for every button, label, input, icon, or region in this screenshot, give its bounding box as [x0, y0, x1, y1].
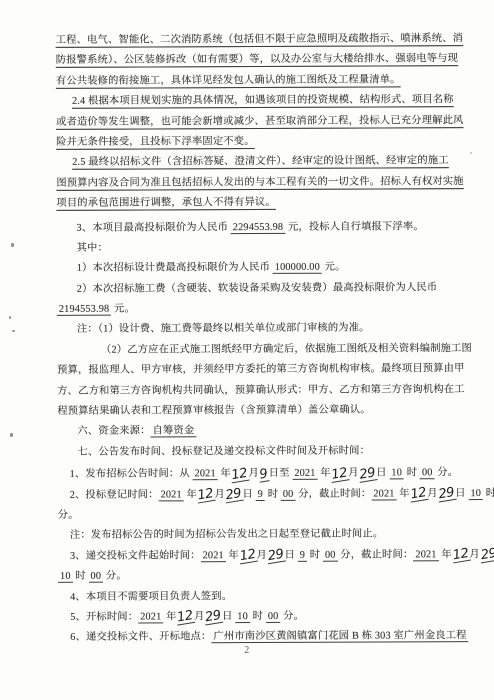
- text-segment: 注：（1）设计费、施工费等最终以相关单位或部门审核的为准。: [77, 323, 370, 335]
- document-line: 4、本项目不需要项目负责人签到。: [58, 586, 460, 608]
- text-segment: 4、本项目不需要项目负责人签到。: [70, 591, 232, 603]
- document-line: 七、公告发布时间、投标登记及递交投标文件时间及开标时间：: [57, 441, 459, 463]
- text-segment: 分。: [280, 611, 304, 622]
- text-segment: 时: [265, 488, 281, 499]
- document-line: 险并无条件接受，且投标下浮率固定不变。: [56, 131, 458, 153]
- text-segment: 图预算内容及合同为准且包括招标人发出的与本工程有关的一切文件。招标人有权对实施: [56, 176, 463, 189]
- text-segment: 1）本次招标设计费最高投标限价为人民币: [77, 262, 273, 274]
- text-segment: 日: [376, 468, 389, 479]
- document-line: 方、乙方和第三方咨询机构共同确认，预算确认形式：甲方、乙方和第三方咨询机构在工: [57, 380, 459, 402]
- text-segment: 注：发布招标公告的时间为招标公告发出之日起至登记截止时间止。: [70, 529, 383, 541]
- document-line: 5、开标时间：2021 年12月29日 10 时 00 分。: [58, 606, 460, 628]
- document-line: 预算，报监理人、甲方审核，并须经甲方委托的第三方咨询机构审核。最终项目预算由甲: [57, 359, 459, 381]
- handwritten-date-digit: 29: [266, 548, 286, 565]
- text-segment: 其中：: [77, 243, 108, 254]
- document-line: 分。: [58, 504, 460, 526]
- text-segment: 时: [483, 488, 494, 499]
- filled-blank-value: 2021: [413, 549, 438, 561]
- text-segment: 时: [73, 571, 89, 582]
- scan-artifact: [9, 316, 11, 319]
- text-segment: 程预算结果确认表和工程预算审核报告（含预算清单）盖公章确认。: [57, 405, 370, 417]
- text-segment: 年: [226, 550, 239, 561]
- document-line: 1）本次招标设计费最高投标限价为人民币 100000.00 元。: [57, 257, 459, 279]
- text-segment: 时: [307, 549, 323, 560]
- text-segment: 元，投标人自行填报下浮率。: [285, 221, 424, 233]
- text-segment: 或者造价等发生调整，也可能会新增或减少、甚至取消部分工程，投标人已充分理解此风: [56, 115, 463, 128]
- text-segment: 分。: [435, 467, 459, 478]
- page-number: 2: [0, 645, 494, 656]
- handwritten-date-digit: 12: [238, 548, 258, 565]
- text-segment: 元。: [322, 262, 346, 273]
- text-segment: 2、投标登记时间：: [70, 489, 159, 500]
- filled-blank-value: 100000.00: [273, 262, 322, 274]
- filled-blank-value: 00: [89, 571, 104, 583]
- text-segment: 日: [285, 550, 298, 561]
- text-segment: 方、乙方和第三方咨询机构共同确认，预算确认形式：甲方、乙方和第三方咨询机构在工: [57, 384, 464, 397]
- text-segment: 6、递交投标文件、开标地点：: [70, 632, 211, 644]
- text-segment: 时: [250, 611, 266, 622]
- text-segment: 5、开标时间：: [70, 611, 138, 622]
- document-line: 2.5 最终以招标文件（含招标答疑、澄清文件）、经审定的设计图纸、经审定的施工: [56, 151, 458, 173]
- text-segment: 日: [455, 488, 468, 499]
- text-segment: 防报警系统）、公区装修拆改（如有需要）等，以及办公室与大楼给排水、强弱电等与现: [56, 54, 458, 67]
- text-segment: 2.4 根据本项目规划实施的具体情况，如遇该项目的投资规模、结构形式、项目名称: [72, 94, 454, 107]
- filled-blank-value: 9: [256, 489, 265, 501]
- scanned-document-page: 工程、电气、智能化、二次消防系统（包括但不限于应急照明及疏散指示、喷淋系统、消防…: [0, 0, 494, 700]
- document-line: 或者造价等发生调整，也可能会新增或减少、甚至取消部分工程，投标人已充分理解此风: [56, 111, 458, 133]
- scan-artifact: [470, 152, 472, 154]
- text-segment: 元。: [111, 304, 135, 315]
- filled-blank-value: 2021: [138, 611, 163, 623]
- text-segment: 分，截止时间：: [295, 488, 371, 499]
- filled-blank-value: 2021: [371, 488, 396, 500]
- handwritten-date-digit: 29: [479, 547, 494, 564]
- text-segment: 年: [397, 488, 410, 499]
- text-segment: 工程、电气、智能化、二次消防系统（包括但不限于应急照明及疏散指示、喷淋系统、消: [56, 33, 463, 46]
- filled-blank-value: 10: [389, 468, 404, 480]
- text-segment: 分。: [58, 510, 79, 521]
- text-segment: 险并无条件接受，且投标下浮率固定不变。: [56, 136, 255, 148]
- filled-blank-value: 9: [298, 550, 307, 562]
- handwritten-date-digit: 29: [204, 609, 224, 626]
- document-line: 防报警系统）、公区装修拆改（如有需要）等，以及办公室与大楼给排水、强弱电等与现: [56, 50, 458, 72]
- document-line: 其中：: [57, 237, 459, 259]
- handwritten-date-digit: 12: [451, 547, 471, 564]
- text-segment: 时: [404, 467, 420, 478]
- text-segment: 日: [222, 611, 235, 622]
- filled-blank-value: 2021: [159, 489, 184, 501]
- document-line: 2）本次招标施工费（含硬装、软装设备采购及安装费）最高投标限价为人民币: [57, 278, 459, 300]
- filled-blank-value: 2021: [201, 550, 226, 562]
- text-segment: 有公共装修的衔接施工，具体详见经发包人确认的施工图纸及工程量清单。: [56, 74, 401, 87]
- handwritten-date-digit: 29: [358, 466, 378, 483]
- document-line: 2、投标登记时间：2021 年12月29日 9 时 00 分，截止时间：2021…: [58, 484, 460, 506]
- text-segment: 2）本次招标施工费（含硬装、软装设备采购及安装费）最高投标限价为人民币: [77, 282, 438, 295]
- document-line: 3、本项目最高投标限价为人民币 2294553.98 元，投标人自行填报下浮率。: [56, 217, 458, 239]
- document-line: 有公共装修的衔接施工，具体详见经发包人确认的施工图纸及工程量清单。: [56, 70, 458, 92]
- document-line: 10 时 00 分。: [58, 565, 460, 587]
- filled-blank-value: 10: [235, 611, 250, 623]
- text-segment: 3、递交投标文件起始时间：: [70, 550, 201, 562]
- filled-blank-value: 10: [468, 488, 483, 500]
- document-line: （2）乙方应在正式施工图纸经甲方确定后，依据施工图纸及相关资料编制施工图: [57, 339, 459, 361]
- document-line: 工程、电气、智能化、二次消防系统（包括但不限于应急照明及疏散指示、喷淋系统、消: [56, 29, 458, 51]
- handwritten-date-digit: 29: [437, 486, 457, 503]
- document-line: 3、递交投标文件起始时间：2021 年12月29日 9 时 00 分，截止时间：…: [58, 545, 460, 567]
- text-segment: 年: [439, 549, 452, 560]
- document-body: 工程、电气、智能化、二次消防系统（包括但不限于应急照明及疏散指示、喷淋系统、消防…: [56, 29, 461, 648]
- document-line: 注：（1）设计费、施工费等最终以相关单位或部门审核的为准。: [57, 319, 459, 341]
- filled-blank-value: 00: [281, 488, 296, 500]
- filled-blank-value: 00: [420, 467, 435, 479]
- document-line: 项目的承包范围进行调整，承包人不得有异议。: [56, 192, 458, 214]
- text-segment: 日: [242, 489, 255, 500]
- document-line: 程预算结果确认表和工程预算审核报告（含预算清单）盖公章确认。: [57, 400, 459, 422]
- scan-artifact: [10, 433, 13, 437]
- filled-blank-value: 2021: [292, 468, 317, 480]
- text-segment: 1、发布招标公告时间：从: [70, 468, 193, 480]
- scan-artifact: [11, 243, 14, 247]
- document-line: 六、资金来源：自筹资金: [57, 421, 459, 443]
- filled-blank-value: 00: [266, 611, 281, 623]
- filled-blank-value: 00: [323, 549, 338, 561]
- text-segment: 六、资金来源：: [77, 426, 150, 437]
- handwritten-date-digit: 12: [196, 487, 216, 504]
- handwritten-date-digit: 12: [409, 486, 429, 503]
- filled-blank-value: 10: [58, 571, 73, 583]
- text-segment: 七、公告发布时间、投标登记及递交投标文件时间及开标时间：: [77, 445, 370, 457]
- filled-blank-value: 2021: [193, 468, 218, 480]
- document-line: 图预算内容及合同为准且包括招标人发出的与本工程有关的一切文件。招标人有权对实施: [56, 172, 458, 194]
- text-segment: 预算，报监理人、甲方审核，并须经甲方委托的第三方咨询机构审核。最终项目预算由甲: [57, 363, 464, 376]
- handwritten-date-digit: 12: [330, 466, 350, 483]
- text-segment: 3、本项目最高投标限价为人民币: [76, 222, 230, 234]
- document-line: 2194553.98 元。: [57, 298, 459, 320]
- text-segment: 分，截止时间：: [338, 549, 414, 560]
- filled-blank-value: 2194553.98: [57, 304, 111, 316]
- text-segment: （2）乙方应在正式施工图纸经甲方确定后，依据施工图纸及相关资料编制施工图: [101, 343, 472, 356]
- document-line: 1、发布招标公告时间：从 2021 年12月9日至 2021 年12月29日 1…: [58, 463, 460, 485]
- filled-blank-value: 自筹资金: [151, 426, 197, 438]
- document-line: 2.4 根据本项目规划实施的具体情况，如遇该项目的投资规模、结构形式、项目名称: [56, 90, 458, 112]
- filled-blank-value: 广州市南沙区黄阁镇富门花园 B 栋 303 室广州金良工程: [211, 630, 468, 643]
- handwritten-date-digit: 12: [176, 609, 196, 626]
- text-segment: 项目的承包范围进行调整，承包人不得有异议。: [56, 197, 275, 209]
- scan-artifact: [12, 330, 15, 332]
- handwritten-date-digit: 12: [230, 466, 250, 483]
- handwritten-date-digit: 29: [224, 487, 244, 504]
- text-segment: 2.5 最终以招标文件（含招标答疑、澄清文件）、经审定的设计图纸、经审定的施工: [72, 156, 449, 169]
- text-segment: 日至: [269, 468, 293, 479]
- document-line: 注：发布招标公告的时间为招标公告发出之日起至登记截止时间止。: [58, 524, 460, 546]
- text-segment: 分。: [103, 571, 127, 582]
- filled-blank-value: 2294553.98: [231, 221, 285, 233]
